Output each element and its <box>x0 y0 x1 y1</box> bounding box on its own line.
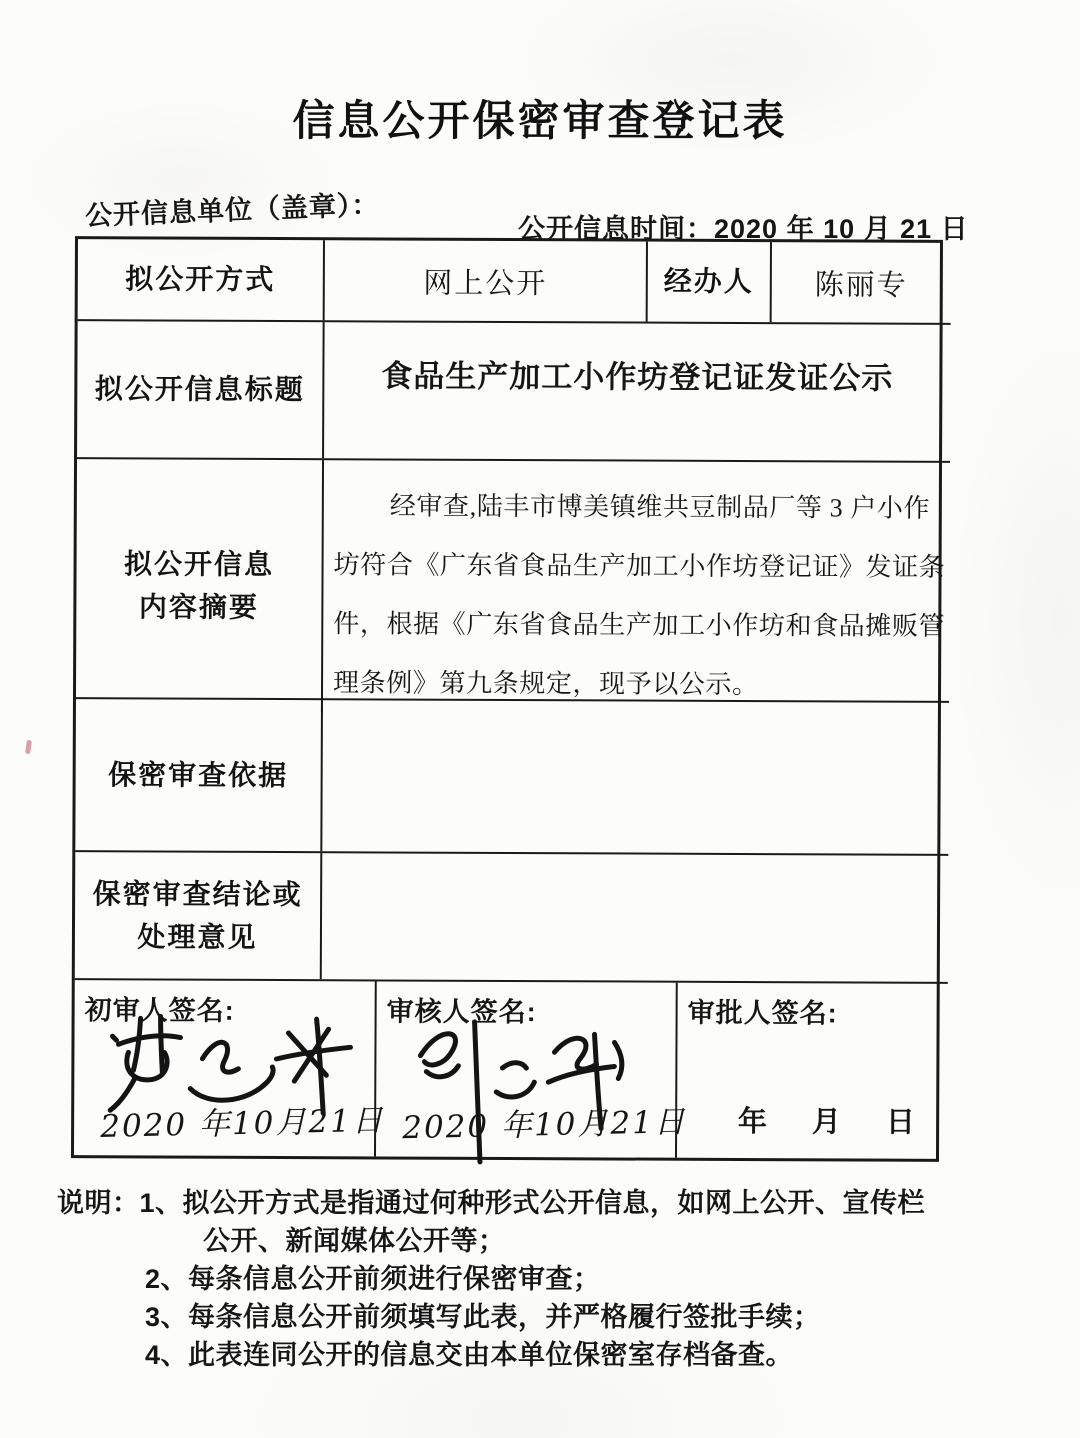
summary-line: 坊符合《广东省食品生产加工小作坊登记证》发证条 <box>333 535 945 597</box>
instructions-line: 4、此表连同公开的信息交由本单位保密室存档备查。 <box>145 1336 1037 1374</box>
info-title-value: 食品生产加工小作坊登记证发证公示 <box>322 322 950 461</box>
review-conclusion-label-line2: 处理意见 <box>137 915 257 959</box>
content-summary-label: 拟公开信息 内容摘要 <box>76 459 322 712</box>
instructions-line: 2、每条信息公开前须进行保密审查； <box>145 1260 1037 1298</box>
content-summary-text: 经审查,陆丰市博美镇维共豆制品厂等 3 户小作 坊符合《广东省食品生产加工小作坊… <box>321 460 950 715</box>
approver-date-placeholder: 年 月 日 <box>738 1099 923 1141</box>
agent-label: 经办人 <box>646 242 770 323</box>
row-publish-method: 拟公开方式 网上公开 经办人 陈丽专 <box>78 239 951 323</box>
summary-line: 经审查,陆丰市博美镇维共豆制品厂等 3 户小作 <box>334 476 946 538</box>
instructions-line: 说明：1、拟公开方式是指通过何种形式公开信息，如网上公开、宣传栏 <box>57 1184 1037 1222</box>
publish-method-label: 拟公开方式 <box>78 239 323 320</box>
row-review-basis: 保密审查依据 <box>75 697 948 854</box>
content-summary-label-line1: 拟公开信息 <box>124 542 274 586</box>
form-table: 拟公开方式 网上公开 经办人 陈丽专 拟公开信息标题 食品生产加工小作坊登记证发… <box>71 236 943 1162</box>
approver-label: 审批人签名: <box>688 991 938 1031</box>
row-review-conclusion: 保密审查结论或 处理意见 <box>75 850 948 982</box>
content-summary-label-line2: 内容摘要 <box>139 585 259 629</box>
checker-cell: 审核人签名: 2020 年10月21日 <box>374 981 676 1157</box>
page-title: 信息公开保密审查登记表 <box>0 88 1080 148</box>
row-content-summary: 拟公开信息 内容摘要 经审查,陆丰市博美镇维共豆制品厂等 3 户小作 坊符合《广… <box>76 457 950 701</box>
review-conclusion-label: 保密审查结论或 处理意见 <box>75 852 321 979</box>
instructions-block: 说明：1、拟公开方式是指通过何种形式公开信息，如网上公开、宣传栏 公开、新闻媒体… <box>57 1184 1037 1374</box>
publish-method-value: 网上公开 <box>323 240 646 321</box>
row-signatures: 初审人签名: 2020 年10月21日 <box>74 978 948 1159</box>
checker-date: 2020 年10月21日 <box>402 1096 688 1147</box>
first-reviewer-date: 2020 年10月21日 <box>100 1095 386 1146</box>
instructions-line: 3、每条信息公开前须填写此表，并严格履行签批手续； <box>145 1298 1037 1336</box>
row-info-title: 拟公开信息标题 食品生产加工小作坊登记证发证公示 <box>77 319 950 461</box>
first-reviewer-cell: 初审人签名: 2020 年10月21日 <box>74 980 375 1156</box>
info-title-label: 拟公开信息标题 <box>77 321 323 458</box>
review-conclusion-value-empty <box>320 853 948 982</box>
review-conclusion-label-line1: 保密审查结论或 <box>93 872 303 916</box>
instructions-line: 公开、新闻媒体公开等； <box>203 1222 1037 1260</box>
approver-cell: 审批人签名: 年 月 日 <box>675 983 948 1159</box>
agent-value: 陈丽专 <box>770 242 951 323</box>
unit-seal-label: 公开信息单位（盖章）： <box>84 183 380 233</box>
review-basis-value-empty <box>320 700 948 854</box>
scan-ink-fleck <box>25 740 32 755</box>
summary-line: 件，根据《广东省食品生产加工小作坊和食品摊贩管 <box>333 594 945 656</box>
review-basis-label: 保密审查依据 <box>75 699 321 851</box>
